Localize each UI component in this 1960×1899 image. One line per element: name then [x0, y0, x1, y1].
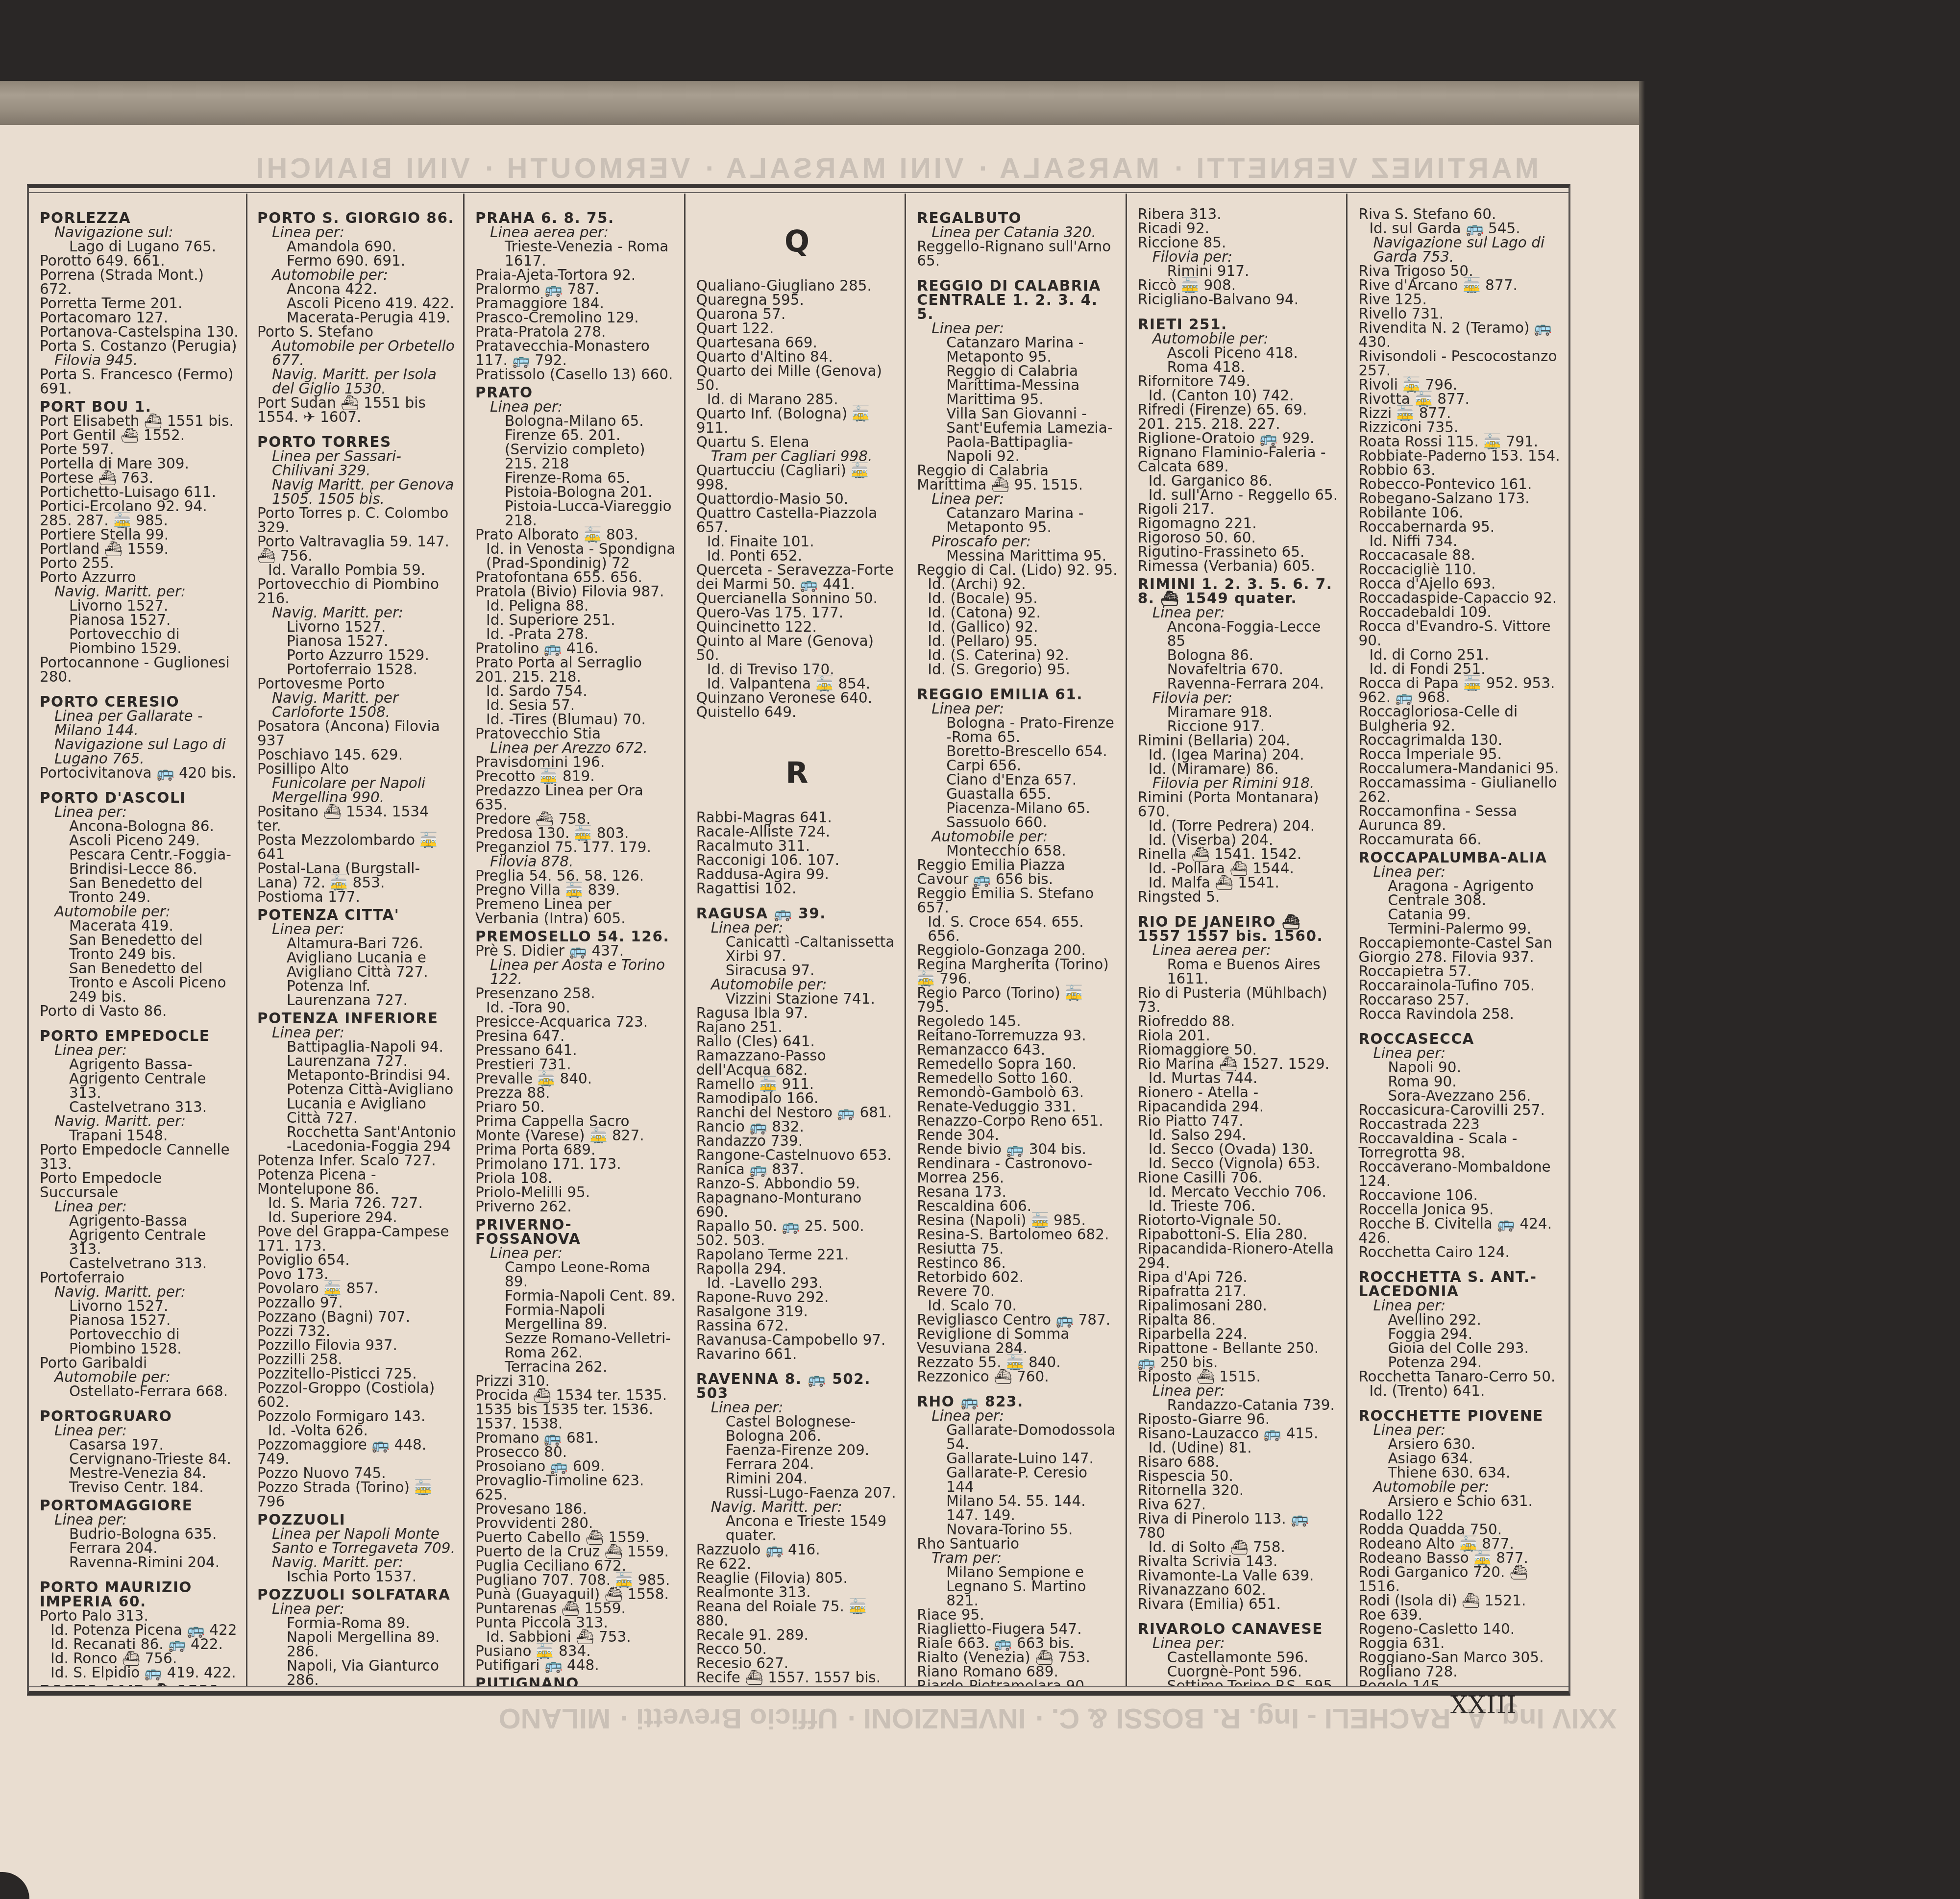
- index-entry: Quarona 57.: [696, 307, 898, 321]
- index-entry: Roccamurata 66.: [1358, 833, 1562, 847]
- index-entry: Id. Potenza Picena 🚌 422: [40, 1623, 239, 1637]
- index-entry: Quercianella Sonnino 50.: [696, 592, 898, 606]
- index-entry: Milano 54. 55. 144. 147. 149.: [917, 1494, 1119, 1523]
- index-entry: Punà (Guayaquil) ⛴ 1558.: [475, 1587, 677, 1602]
- index-entry: Automobile per:: [40, 1370, 239, 1384]
- index-entry: Id. Murtas 744.: [1138, 1071, 1340, 1085]
- index-entry: Reggio Emilia Piazza Cavour 🚌 656 bis.: [917, 858, 1119, 887]
- index-entry: Putifigari 🚌 448.: [475, 1658, 677, 1673]
- index-entry: Miramare 918.: [1138, 705, 1340, 719]
- index-entry: Quart 122.: [696, 321, 898, 336]
- index-entry: Rivendita N. 2 (Teramo) 🚌 430.: [1358, 321, 1562, 349]
- index-entry: Riposto ⛴ 1515.: [1138, 1370, 1340, 1384]
- index-entry: Porto Garibaldi: [40, 1356, 239, 1370]
- index-entry: Linea per:: [1138, 606, 1340, 620]
- index-entry: Linea per Napoli Monte Santo e Torregave…: [257, 1527, 456, 1555]
- index-entry: Priverno 262.: [475, 1200, 677, 1214]
- index-entry: Siracusa 97.: [696, 963, 898, 978]
- index-entry: Remedello Sopra 160.: [917, 1057, 1119, 1071]
- index-entry: Navig. Maritt. per:: [40, 1114, 239, 1129]
- index-entry: Rimini 204.: [696, 1472, 898, 1486]
- index-entry: Pianosa 1527.: [257, 634, 456, 648]
- index-entry: Pozzo Strada (Torino) 🚋 796: [257, 1480, 456, 1509]
- index-entry: Porto Torres p. C. Colombo 329.: [257, 506, 456, 535]
- index-entry: Rispescia 50.: [1138, 1469, 1340, 1483]
- index-entry: Posatora (Ancona) Filovia 937: [257, 719, 456, 748]
- index-entry: Rassina 672.: [696, 1319, 898, 1333]
- index-entry: Navigazione sul Lago di Lugano 765.: [40, 738, 239, 766]
- index-entry: Id. -Pollara ⛴ 1544.: [1138, 862, 1340, 876]
- index-heading: PORTO TORRES: [257, 435, 456, 449]
- index-entry: Id. Superiore 251.: [475, 613, 677, 627]
- index-entry: Cuorgnè-Pont 596.: [1138, 1665, 1340, 1679]
- index-entry: Rodallo 122: [1358, 1508, 1562, 1523]
- index-entry: Faenza-Firenze 209.: [696, 1443, 898, 1457]
- index-entry: Puerto Cabello ⛴ 1559.: [475, 1530, 677, 1545]
- index-entry: Randazzo-Catania 739.: [1138, 1398, 1340, 1412]
- index-entry: Riale 663. 🚌 663 bis.: [917, 1636, 1119, 1651]
- index-entry: Robbio 63.: [1358, 463, 1562, 477]
- index-entry: Agrigento Bassa-Agrigento Centrale 313.: [40, 1058, 239, 1100]
- index-entry: Rigoroso 50. 60.: [1138, 531, 1340, 545]
- index-entry: Rapallo 50. 🚌 25. 500. 502. 503.: [696, 1219, 898, 1248]
- index-entry: Premeno Linea per Verbania (Intra) 605.: [475, 897, 677, 926]
- index-entry: Ricigliano-Balvano 94.: [1138, 293, 1340, 307]
- index-entry: Rocca Ravindola 258.: [1358, 1007, 1562, 1021]
- index-entry: Reana del Roiale 75. 🚋 880.: [696, 1600, 898, 1628]
- index-entry: Rallo (Cles) 641.: [696, 1035, 898, 1049]
- index-entry: Napoli 90.: [1358, 1060, 1562, 1075]
- index-entry: Pozzillo Filovia 937.: [257, 1338, 456, 1353]
- index-entry: Ringsted 5.: [1138, 890, 1340, 904]
- index-entry: Roggia 631.: [1358, 1636, 1562, 1651]
- index-entry: Rapolano Terme 221.: [696, 1248, 898, 1262]
- index-entry: Id. Secco (Vignola) 653.: [1138, 1157, 1340, 1171]
- index-entry: Procida ⛴ 1534 ter. 1535. 1535 bis 1535 …: [475, 1388, 677, 1431]
- index-entry: Reggio di Calabria Marittima ⛴ 95. 1515.: [917, 464, 1119, 492]
- index-heading: PORTO S. GIORGIO 86.: [257, 211, 456, 225]
- index-entry: Id. -Tires (Blumau) 70.: [475, 713, 677, 727]
- index-entry: Livorno 1527.: [40, 1299, 239, 1313]
- index-entry: Roggiano-San Marco 305.: [1358, 1651, 1562, 1665]
- index-heading: REGGIO EMILIA 61.: [917, 688, 1119, 702]
- index-entry: Id. -Volta 626.: [257, 1424, 456, 1438]
- index-entry: Id. Scalo 70.: [917, 1299, 1119, 1313]
- index-entry: Rifredi (Firenze) 65. 69. 201. 215. 218.…: [1138, 403, 1340, 431]
- index-entry: Risano-Lauzacco 🚌 415.: [1138, 1427, 1340, 1441]
- index-entry: Arsiero e Schio 631.: [1358, 1494, 1562, 1508]
- index-entry: Rifornitore 749.: [1138, 374, 1340, 389]
- index-entry: Id. Mercato Vecchio 706.: [1138, 1185, 1340, 1199]
- index-entry: Pratolino 🚌 416.: [475, 641, 677, 656]
- index-entry: Regio Parco (Torino) 🚋 795.: [917, 986, 1119, 1014]
- index-entry: Id. (Igea Marina) 204.: [1138, 748, 1340, 762]
- index-entry: Rangone-Castelnuovo 653.: [696, 1148, 898, 1162]
- index-entry: Id. sul Garda 🚌 545.: [1358, 222, 1562, 236]
- index-heading: ROCCAPALUMBA-ALIA: [1358, 851, 1562, 865]
- index-entry: Razzuolo 🚌 416.: [696, 1543, 898, 1557]
- index-entry: Provesano 186.: [475, 1502, 677, 1516]
- index-entry: Ranica 🚌 837.: [696, 1162, 898, 1177]
- show-through-footer: XXIV Ing. A. RACHELI - Ing. R. BOSSI & C…: [29, 1696, 1617, 1735]
- index-entry: Pozzomaggiore 🚌 448. 749.: [257, 1438, 456, 1466]
- index-entry: Casarsa 197.: [40, 1438, 239, 1452]
- index-entry: Rive d'Arcano 🚋 877.: [1358, 278, 1562, 293]
- index-entry: Quaregna 595.: [696, 293, 898, 307]
- column-1b: PORTO S. GIORGIO 86.Linea per:Amandola 6…: [246, 194, 463, 1686]
- index-entry: Ripalimosani 280.: [1138, 1299, 1340, 1313]
- index-entry: Porto Azzurro 1529.: [257, 648, 456, 663]
- index-entry: Linea per:: [917, 702, 1119, 716]
- index-entry: Resina (Napoli) 🚋 985.: [917, 1213, 1119, 1228]
- index-entry: Roma 90.: [1358, 1075, 1562, 1089]
- index-entry: Rimini (Porta Montanara) 670.: [1138, 790, 1340, 819]
- index-entry: Pregno Villa 🚋 839.: [475, 883, 677, 897]
- index-entry: Port Gentil ⛴ 1552.: [40, 428, 239, 443]
- index-entry: Roccapietra 57.: [1358, 964, 1562, 979]
- index-entry: Linea per:: [40, 805, 239, 819]
- index-entry: Piroscafo per:: [917, 535, 1119, 549]
- index-entry: Pianosa 1527.: [40, 613, 239, 627]
- index-entry: Avigliano Lucania e Avigliano Città 727.: [257, 951, 456, 979]
- index-entry: Pozzano (Bagni) 707.: [257, 1310, 456, 1324]
- index-entry: Porto di Vasto 86.: [40, 1004, 239, 1018]
- index-entry: Resiutta 75.: [917, 1242, 1119, 1256]
- index-entry: Ischia Porto 1537.: [257, 1570, 456, 1584]
- index-entry: San Benedetto del Tronto 249 bis.: [40, 933, 239, 962]
- index-entry: Terracina 262.: [475, 1360, 677, 1374]
- index-heading: PRATO: [475, 386, 677, 400]
- index-entry: Portovesme Porto: [257, 677, 456, 691]
- index-entry: Rocca d'Evandro-S. Vittore 90.: [1358, 619, 1562, 648]
- index-entry: Recco 50.: [696, 1642, 898, 1656]
- index-heading: PRAHA 6. 8. 75.: [475, 211, 677, 225]
- index-entry: Prè S. Didier 🚌 437.: [475, 944, 677, 958]
- index-entry: Roccadebaldi 109.: [1358, 605, 1562, 619]
- index-entry: Remondò-Gambolò 63.: [917, 1085, 1119, 1100]
- index-entry: Rivisondoli - Pescocostanzo 257.: [1358, 349, 1562, 378]
- index-entry: Navig. Maritt. per:: [696, 1500, 898, 1514]
- index-entry: Sezze Romano-Velletri-Roma 262.: [475, 1332, 677, 1360]
- index-entry: Navig. Maritt. per:: [257, 606, 456, 620]
- index-entry: Reitano-Torremuzza 93.: [917, 1029, 1119, 1043]
- index-entry: Ranchi del Nestoro 🚌 681.: [696, 1106, 898, 1120]
- index-entry: Pozzo Nuovo 745.: [257, 1466, 456, 1480]
- index-entry: Portocannone - Guglionesi 280.: [40, 656, 239, 684]
- index-entry: Id. di Corno 251.: [1358, 648, 1562, 662]
- index-entry: Id. Malfa ⛴ 1541.: [1138, 876, 1340, 890]
- index-entry: Rizziconi 735.: [1358, 420, 1562, 435]
- index-entry: Castelvetrano 313.: [40, 1257, 239, 1271]
- letter-heading-r: R: [696, 754, 898, 793]
- index-entry: Linea per:: [917, 1409, 1119, 1423]
- index-entry: Regoledo 145.: [917, 1014, 1119, 1029]
- index-entry: Remedello Sotto 160.: [917, 1071, 1119, 1085]
- index-entry: Id. (Viserba) 204.: [1138, 833, 1340, 847]
- index-entry: Avellino 292.: [1358, 1313, 1562, 1327]
- index-entry: Randazzo 739.: [696, 1134, 898, 1148]
- index-entry: Firenze 65. 201. (Servizio completo) 215…: [475, 428, 677, 471]
- index-entry: Potenza Città-Avigliano Lucania e Avigli…: [257, 1083, 456, 1125]
- index-entry: Pramaggiore 184.: [475, 296, 677, 311]
- index-entry: Ripalta 86.: [1138, 1313, 1340, 1327]
- index-entry: Tram per:: [917, 1551, 1119, 1565]
- index-entry: Livorno 1527.: [40, 599, 239, 613]
- index-entry: Rocca d'Ajello 693.: [1358, 577, 1562, 591]
- index-entry: Gallarate-Luino 147.: [917, 1452, 1119, 1466]
- index-entry: Agrigento-Bassa Agrigento Centrale 313.: [40, 1214, 239, 1257]
- index-entry: Ascoli Piceno 418.: [1138, 346, 1340, 360]
- index-entry: Roata Rossi 115. 🚋 791.: [1358, 435, 1562, 449]
- index-entry: Realmonte 313.: [696, 1585, 898, 1600]
- index-entry: Rogliano 728.: [1358, 1665, 1562, 1679]
- index-entry: Rasalgone 319.: [696, 1305, 898, 1319]
- index-heading: PORTO EMPEDOCLE: [40, 1029, 239, 1043]
- index-heading: RIETI 251.: [1138, 318, 1340, 332]
- index-entry: Roccarainola-Tufino 705.: [1358, 979, 1562, 993]
- index-entry: Linea per:: [1358, 1423, 1562, 1437]
- index-entry: Linea per:: [696, 921, 898, 935]
- index-entry: Roccalumera-Mandanici 95.: [1358, 762, 1562, 776]
- index-entry: Racconigi 106. 107.: [696, 853, 898, 867]
- index-entry: Posta Mezzolombardo 🚋 641: [257, 833, 456, 862]
- index-entry: Automobile per Orbetello 677.: [257, 339, 456, 368]
- index-entry: Priola 108.: [475, 1171, 677, 1185]
- index-entry: Id. Varallo Pombia 59.: [257, 563, 456, 577]
- index-entry: Roccastrada 223: [1358, 1117, 1562, 1132]
- index-entry: Rigomagno 221.: [1138, 517, 1340, 531]
- index-entry: Ravenna-Ferrara 204.: [1138, 677, 1340, 691]
- index-entry: Formia-Roma 89.: [257, 1616, 456, 1630]
- index-heading: PRIVERNO-FOSSANOVA: [475, 1218, 677, 1246]
- index-entry: Ancona-Foggia-Lecce 85: [1138, 620, 1340, 648]
- letter-heading-q: Q: [696, 222, 898, 261]
- index-entry: Roccaraso 257.: [1358, 993, 1562, 1007]
- index-entry: Portovecchio di Piombino 1528.: [40, 1328, 239, 1356]
- index-entry: Montecchio 658.: [917, 844, 1119, 858]
- index-entry: Arsiero 630.: [1358, 1437, 1562, 1452]
- index-entry: Roccasicura-Carovilli 257.: [1358, 1103, 1562, 1117]
- index-entry: Rivello 731.: [1358, 307, 1562, 321]
- index-entry: Resana 173.: [917, 1185, 1119, 1199]
- index-entry: Linea per:: [917, 321, 1119, 336]
- index-entry: Rezzonico ⛴ 760.: [917, 1370, 1119, 1384]
- index-entry: Catania 99.: [1358, 908, 1562, 922]
- index-entry: Id. Secco (Ovada) 130.: [1138, 1142, 1340, 1157]
- index-entry: Rescaldina 606.: [917, 1199, 1119, 1213]
- index-entry: Asiago 634.: [1358, 1452, 1562, 1466]
- index-entry: Id. (S. Caterina) 92.: [917, 648, 1119, 663]
- index-entry: Roccacasale 88.: [1358, 548, 1562, 563]
- index-entry: Mestre-Venezia 84.: [40, 1466, 239, 1480]
- index-entry: Linea per Catania 320.: [917, 225, 1119, 240]
- index-entry: Rodda Quadda 750.: [1358, 1523, 1562, 1537]
- index-entry: Raddusa-Agira 99.: [696, 867, 898, 882]
- index-entry: Id. Sesia 57.: [475, 698, 677, 713]
- index-entry: Pratovecchio Stia: [475, 727, 677, 741]
- index-entry: Linea per:: [1138, 1636, 1340, 1651]
- index-entry: Rapone-Ruvo 292.: [696, 1290, 898, 1305]
- index-entry: Pralormo 🚌 787.: [475, 282, 677, 296]
- index-entry: Messina Marittima 95.: [917, 549, 1119, 563]
- index-entry: Ravarino 661.: [696, 1347, 898, 1361]
- index-entry: Campo Leone-Roma 89.: [475, 1260, 677, 1289]
- index-entry: Id. S. Maria 726. 727.: [257, 1196, 456, 1210]
- index-heading: PORTOMAGGIORE: [40, 1499, 239, 1513]
- index-entry: Rocca Imperiale 95.: [1358, 747, 1562, 762]
- index-entry: Id. Ronco ⛴ 756.: [40, 1652, 239, 1666]
- index-entry: Laurenzana 727.: [257, 1054, 456, 1068]
- index-entry: Id. Superiore 294.: [257, 1210, 456, 1225]
- index-entry: Rezzato 55. 🚋 840.: [917, 1356, 1119, 1370]
- index-entry: Rajano 251.: [696, 1020, 898, 1035]
- index-entry: Navig Maritt. per Genova 1505. 1505 bis.: [257, 478, 456, 506]
- index-entry: Robilante 106.: [1358, 506, 1562, 520]
- index-entry: Gioia del Colle 293.: [1358, 1341, 1562, 1356]
- index-entry: Ranzo-S. Abbondio 59.: [696, 1177, 898, 1191]
- index-entry: Recesio 627.: [696, 1656, 898, 1671]
- index-entry: Rodeano Alto 🚋 877.: [1358, 1537, 1562, 1551]
- index-entry: Id. Valpantena 🚋 854.: [696, 677, 898, 691]
- index-entry: Rinella ⛴ 1541. 1542.: [1138, 847, 1340, 862]
- index-entry: Rendinara - Castronovo-Morrea 256.: [917, 1157, 1119, 1185]
- index-entry: Portiere Stella 99.: [40, 528, 239, 542]
- index-entry: Porto S. Stefano: [257, 325, 456, 339]
- index-entry: Battipaglia-Napoli 94.: [257, 1040, 456, 1054]
- index-entry: Id. (Catona) 92.: [917, 606, 1119, 620]
- index-entry: Rabbi-Magras 641.: [696, 811, 898, 825]
- index-entry: Roe 639.: [1358, 1608, 1562, 1622]
- index-entry: Rive 125.: [1358, 293, 1562, 307]
- index-entry: Rodi (Isola di) ⛴ 1521.: [1358, 1594, 1562, 1608]
- index-entry: Id. -Tora 90.: [475, 1001, 677, 1015]
- index-entry: Provaglio-Timoline 623. 625.: [475, 1474, 677, 1502]
- index-entry: Rocchetta Cairo 124.: [1358, 1245, 1562, 1259]
- index-entry: Riparbella 224.: [1138, 1327, 1340, 1341]
- column-3: Q Qualiano-Giugliano 285.Quaregna 595.Qu…: [686, 194, 906, 1686]
- index-entry: Riano Romano 689.: [917, 1665, 1119, 1679]
- index-entry: Boretto-Brescello 654.: [917, 744, 1119, 759]
- index-entry: Riomaggiore 50.: [1138, 1043, 1340, 1057]
- index-entry: Ancona-Bologna 86.: [40, 819, 239, 834]
- index-entry: Pistoia-Lucca-Viareggio 218.: [475, 499, 677, 528]
- index-entry: Rionero - Atella - Ripacandida 294.: [1138, 1085, 1340, 1114]
- index-entry: Rigutino-Frassineto 65.: [1138, 545, 1340, 559]
- index-entry: Lago di Lugano 765.: [40, 240, 239, 254]
- index-entry: Porto 255.: [40, 556, 239, 570]
- index-entry: Portici-Ercolano 92. 94. 285. 287. 🚋 985…: [40, 499, 239, 528]
- index-entry: Bologna-Milano 65.: [475, 414, 677, 428]
- show-through-header: MARTINEZ VERNETTI · MARSALA · VINI MARSA…: [73, 152, 1539, 186]
- index-entry: Budrio-Bologna 635.: [40, 1527, 239, 1541]
- index-entry: Funicolare per Napoli Mergellina 990.: [257, 776, 456, 805]
- index-entry: Riardo-Pietramelara 90.: [917, 1679, 1119, 1686]
- index-entry: Potenza Infer. Scalo 727.: [257, 1154, 456, 1168]
- index-entry: Port Elisabeth ⛴ 1551 bis.: [40, 414, 239, 428]
- index-entry: Pianosa 1527.: [40, 1313, 239, 1328]
- index-entry: Prato Alborato 🚋 803.: [475, 528, 677, 542]
- index-entry: Quattro Castella-Piazzola 657.: [696, 506, 898, 535]
- index-entry: Recife ⛴ 1557. 1557 bis.: [696, 1671, 898, 1685]
- page-stack-edge: [0, 81, 1639, 127]
- index-entry: Filovia 945.: [40, 353, 239, 368]
- index-entry: Id. (Canton 10) 742.: [1138, 389, 1340, 403]
- index-entry: Linea per:: [475, 1246, 677, 1260]
- index-entry: Pozzol-Groppo (Costiola) 602.: [257, 1381, 456, 1409]
- index-heading: ROCCHETTA S. ANT.-LACEDONIA: [1358, 1270, 1562, 1299]
- index-entry: Riglione-Oratoio 🚌 929.: [1138, 431, 1340, 445]
- index-entry: Formia-Napoli Mergellina 89.: [475, 1303, 677, 1332]
- index-entry: Re 622.: [696, 1557, 898, 1571]
- index-entry: Rivoli 🚋 796.: [1358, 378, 1562, 392]
- index-entry: Postal-Lana (Burgstall-Lana) 72. 🚋 853.: [257, 862, 456, 890]
- index-entry: Id. Garganico 86.: [1138, 474, 1340, 488]
- index-entry: Rocca di Papa 🚋 952. 953. 962. 🚌 968.: [1358, 676, 1562, 705]
- index-entry: Roccadaspide-Capaccio 92.: [1358, 591, 1562, 605]
- index-heading: PORTO MAURIZIO IMPERIA 60.: [40, 1580, 239, 1609]
- q-entries: Qualiano-Giugliano 285.Quaregna 595.Quar…: [696, 279, 898, 719]
- index-entry: Prima Cappella Sacro Monte (Varese) 🚋 82…: [475, 1114, 677, 1143]
- index-entry: Reggiolo-Gonzaga 200.: [917, 943, 1119, 958]
- index-entry: Trapani 1548.: [40, 1129, 239, 1143]
- index-entry: Roccavione 106.: [1358, 1188, 1562, 1203]
- index-entry: Pusiano 🚋 834.: [475, 1644, 677, 1658]
- index-entry: Id. S. Elpidio 🚌 419. 422.: [40, 1666, 239, 1680]
- index-entry: Ravanusa-Campobello 97.: [696, 1333, 898, 1347]
- column-1: PORLEZZANavigazione sul:Lago di Lugano 7…: [29, 194, 465, 1686]
- index-entry: Rodi Garganico 720. ⛴ 1516.: [1358, 1565, 1562, 1594]
- index-entry: Linea per Sassari-Chilivani 329.: [257, 449, 456, 478]
- index-entry: Roccacigliè 110.: [1358, 563, 1562, 577]
- index-heading: RIO DE JANEIRO ⛴ 1557 1557 bis. 1560.: [1138, 915, 1340, 943]
- index-entry: Puerto de la Cruz ⛴ 1559.: [475, 1545, 677, 1559]
- index-entry: Ancona e Trieste 1549 quater.: [696, 1514, 898, 1543]
- index-entry: Id. (Archi) 92.: [917, 577, 1119, 592]
- index-entry: Portland ⛴ 1559.: [40, 542, 239, 556]
- index-entry: Prezza 88.: [475, 1086, 677, 1100]
- index-entry: Linea per:: [1358, 1299, 1562, 1313]
- index-entry: Portella di Mare 309.: [40, 457, 239, 471]
- index-entry: Trieste-Venezia - Roma 1617.: [475, 240, 677, 268]
- index-entry: Qualiano-Giugliano 285.: [696, 279, 898, 293]
- index-entry: Portacomaro 127.: [40, 311, 239, 325]
- index-entry: Pozzitello-Pisticci 725.: [257, 1367, 456, 1381]
- index-entry: Linea per:: [917, 492, 1119, 506]
- index-entry: Predosa 130. 🚋 803.: [475, 826, 677, 840]
- index-entry: Macerata-Perugia 419.: [257, 311, 456, 325]
- index-entry: Roccabernarda 95.: [1358, 520, 1562, 534]
- index-heading: RIVAROLO CANAVESE: [1138, 1622, 1340, 1636]
- index-entry: Punta Piccola 313.: [475, 1616, 677, 1630]
- index-entry: Linea per:: [40, 1043, 239, 1058]
- index-entry: Predore ⛴ 758.: [475, 812, 677, 826]
- index-entry: Rancio 🚌 832.: [696, 1120, 898, 1134]
- index-entry: Id. (Pellaro) 95.: [917, 634, 1119, 648]
- index-entry: Presina 647.: [475, 1029, 677, 1043]
- index-entry: Presenzano 258.: [475, 986, 677, 1001]
- index-entry: Riposto-Giarre 96.: [1138, 1412, 1340, 1427]
- index-entry: Potenza Inf. Laurenzana 727.: [257, 979, 456, 1008]
- index-entry: Ramodipalo 166.: [696, 1091, 898, 1106]
- index-entry: Riva S. Stefano 60.: [1358, 207, 1562, 222]
- index-entry: Id. (Trento) 641.: [1358, 1384, 1562, 1398]
- index-entry: Rio di Pusteria (Mühlbach) 73.: [1138, 986, 1340, 1014]
- index-entry: Porto Valtravaglia 59. 147. ⛴ 756.: [257, 535, 456, 563]
- index-entry: Riva Trigoso 50.: [1358, 264, 1562, 278]
- index-entry: Rimessa (Verbania) 605.: [1138, 559, 1340, 573]
- index-entry: Id. sull'Arno - Reggello 65.: [1138, 488, 1340, 502]
- index-entry: Portovecchio di Piombino 216.: [257, 577, 456, 606]
